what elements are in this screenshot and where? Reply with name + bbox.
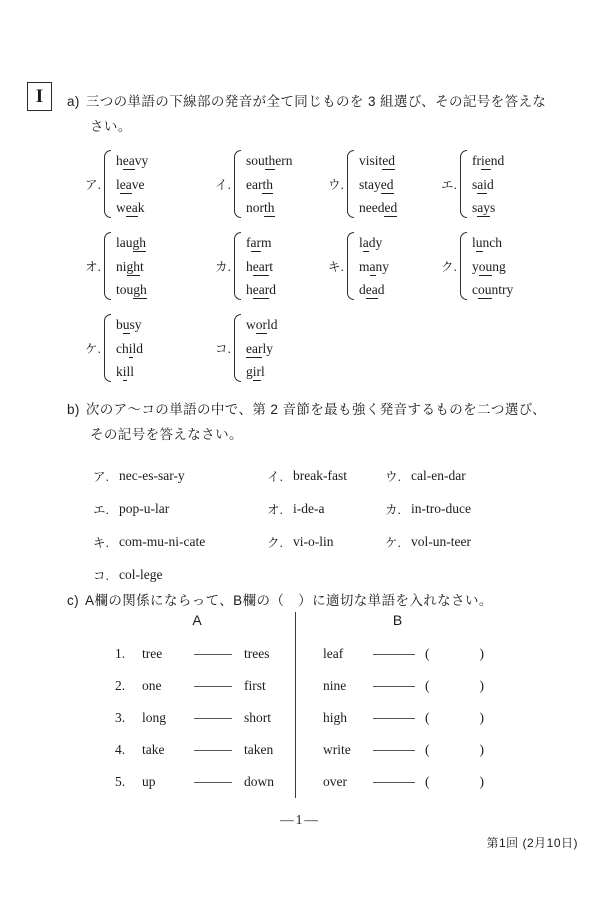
underlined-letters: ai <box>477 177 487 194</box>
left-brace-icon <box>234 314 241 382</box>
group-words: laughnighttough <box>116 231 147 301</box>
word-part: ni <box>116 259 127 274</box>
word: country <box>472 279 513 300</box>
row-number: 1. <box>115 646 142 662</box>
column-a-rows: 1.treetrees2.onefirst3.longshort4.taketa… <box>100 638 295 798</box>
word: many <box>359 256 389 277</box>
blank-open-paren: ( <box>425 710 430 726</box>
analogy-row-b: high() <box>296 702 500 734</box>
group-words: farmheartheard <box>246 231 276 301</box>
underlined-letters: gh <box>133 282 147 299</box>
underlined-letters: ea <box>120 177 132 194</box>
word-group-row: ケ.busychildkillコ.worldearlygirl <box>85 313 585 383</box>
analogy-column-b: B leaf()nine()high()write()over() <box>295 612 500 798</box>
group-label: イ. <box>215 175 234 193</box>
word-part: stay <box>359 177 381 192</box>
word: said <box>472 174 504 195</box>
word-left: take <box>142 742 194 758</box>
word-group-row: ア.heavyleaveweakイ.southernearthnorthウ.vi… <box>85 149 585 219</box>
dash-line <box>373 750 415 751</box>
underlined-letters: ea <box>366 282 378 299</box>
analogy-row-b: leaf() <box>296 638 500 670</box>
item-label: ケ. <box>385 533 405 551</box>
column-a-header: A <box>100 612 295 638</box>
word-part: need <box>359 200 384 215</box>
word-given: write <box>323 742 373 758</box>
word-given: over <box>323 774 373 790</box>
word-part: l <box>261 364 265 379</box>
underlined-letters: th <box>265 153 276 170</box>
item-word: cal-en-dar <box>411 468 466 484</box>
word-part: b <box>116 317 123 332</box>
word-part: ve <box>132 177 145 192</box>
dash-line <box>194 718 232 719</box>
word-left: one <box>142 678 194 694</box>
group-label: ケ. <box>85 339 104 357</box>
word-right: first <box>244 678 266 694</box>
section-number: I <box>36 86 43 108</box>
word: world <box>246 314 278 335</box>
dash-line <box>373 686 415 687</box>
word-part: vy <box>135 153 149 168</box>
word-part: ly <box>262 341 273 356</box>
item-label: カ. <box>385 500 405 518</box>
word-group: ケ.busychildkill <box>85 313 215 383</box>
word-left: up <box>142 774 194 790</box>
underlined-letters: ed <box>382 153 395 170</box>
word-part: m <box>261 235 272 250</box>
group-label: オ. <box>85 257 104 275</box>
underlined-letters: ou <box>479 259 493 276</box>
word-part: ny <box>376 259 390 274</box>
stress-word-item: ケ.vol-un-teer <box>385 525 563 558</box>
word: dead <box>359 279 389 300</box>
analogy-column-a: A 1.treetrees2.onefirst3.longshort4.take… <box>100 612 295 798</box>
underlined-letters: u <box>123 317 130 334</box>
analogy-row-a: 4.taketaken <box>100 734 295 766</box>
word-part: nor <box>246 200 264 215</box>
item-word: col-lege <box>119 567 162 583</box>
item-label: ア. <box>93 467 113 485</box>
word-part: t <box>269 259 273 274</box>
word: busy <box>116 314 143 335</box>
word-group: ウ.visitedstayedneeded <box>328 149 441 219</box>
group-label: ア. <box>85 175 104 193</box>
left-brace-icon <box>104 232 111 300</box>
analogy-row-a: 2.onefirst <box>100 670 295 702</box>
group-words: visitedstayedneeded <box>359 149 397 219</box>
word-part: visit <box>359 153 382 168</box>
item-label: ウ. <box>385 467 405 485</box>
blank-open-paren: ( <box>425 646 430 662</box>
word: needed <box>359 197 397 218</box>
word-part: h <box>246 282 253 297</box>
part-a-label: a) <box>67 94 80 109</box>
group-label: キ. <box>328 257 347 275</box>
pronunciation-groups: ア.heavyleaveweakイ.southernearthnorthウ.vi… <box>85 149 585 395</box>
word-part: lau <box>116 235 133 250</box>
dash-line <box>373 654 415 655</box>
word-group: イ.southernearthnorth <box>215 149 328 219</box>
word-part: d <box>269 282 276 297</box>
word: weak <box>116 197 148 218</box>
stress-word-item: ウ.cal-en-dar <box>385 459 563 492</box>
item-word: vi-o-lin <box>293 534 334 550</box>
underlined-letters: ear <box>253 259 269 276</box>
word-left: tree <box>142 646 194 662</box>
part-a-instruction: a)三つの単語の下線部の発音が全て同じものを 3 組選び、その記号を答えな さい… <box>67 89 577 139</box>
group-words: worldearlygirl <box>246 313 278 383</box>
word: heavy <box>116 150 148 171</box>
footer-session-note: 第1回 (2月10日) <box>486 834 578 851</box>
word-group: ア.heavyleaveweak <box>85 149 215 219</box>
blank-open-paren: ( <box>425 774 430 790</box>
word-group: キ.ladymanydead <box>328 231 441 301</box>
item-label: オ. <box>267 500 287 518</box>
blank-close-paren: ) <box>480 710 485 726</box>
stress-word-item: イ.break-fast <box>267 459 385 492</box>
underlined-letters: or <box>256 317 267 334</box>
underlined-letters: ir <box>253 364 261 381</box>
left-brace-icon <box>347 150 354 218</box>
word-part: k <box>138 200 145 215</box>
word-right: down <box>244 774 274 790</box>
word-right: short <box>244 710 271 726</box>
stress-word-item: カ.in-tro-duce <box>385 492 563 525</box>
group-label: コ. <box>215 339 234 357</box>
blank-close-paren: ) <box>480 646 485 662</box>
word-right: taken <box>244 742 273 758</box>
word-given: leaf <box>323 646 373 662</box>
part-c-instruction: c)A欄の関係にならって、B欄の（ ）に適切な単語を入れなさい。 <box>67 588 577 613</box>
stress-word-item: ク.vi-o-lin <box>267 525 385 558</box>
item-word: pop-u-lar <box>119 501 169 517</box>
word-part: d <box>487 177 494 192</box>
analogy-row-b: over() <box>296 766 500 798</box>
word-part: s <box>490 200 495 215</box>
item-word: vol-un-teer <box>411 534 471 550</box>
underlined-letters: ar <box>251 235 262 252</box>
part-b-instruction-line2: その記号を答えなさい。 <box>90 422 577 447</box>
word: earth <box>246 174 293 195</box>
word-group: ク.lunchyoungcountry <box>441 231 513 301</box>
word-given: nine <box>323 678 373 694</box>
underlined-letters: ie <box>481 153 491 170</box>
item-label: ク. <box>267 533 287 551</box>
word-part: m <box>359 259 370 274</box>
analogy-row-a: 5.updown <box>100 766 295 798</box>
item-label: イ. <box>267 467 287 485</box>
blank-open-paren: ( <box>425 678 430 694</box>
stress-word-item: エ.pop-u-lar <box>93 492 267 525</box>
dash-line <box>373 718 415 719</box>
group-label: ウ. <box>328 175 347 193</box>
word: north <box>246 197 293 218</box>
word-part: ng <box>492 259 506 274</box>
part-b-instruction-line1: 次のア～コの単語の中で、第 2 音節を最も強く発音するものを二つ選び、 <box>86 402 546 417</box>
underlined-letters: ea <box>126 200 138 217</box>
word: night <box>116 256 147 277</box>
underlined-letters: ear <box>246 341 262 358</box>
blank-close-paren: ) <box>480 678 485 694</box>
word-part: nd <box>491 153 505 168</box>
group-words: southernearthnorth <box>246 149 293 219</box>
word: child <box>116 338 143 359</box>
word-group: コ.worldearlygirl <box>215 313 328 383</box>
word-part: sy <box>130 317 142 332</box>
group-words: heavyleaveweak <box>116 149 148 219</box>
group-words: busychildkill <box>116 313 143 383</box>
word-group: カ.farmheartheard <box>215 231 328 301</box>
word-part: h <box>116 153 123 168</box>
word-part: w <box>116 200 126 215</box>
dash-line <box>194 750 232 751</box>
word-part: ern <box>275 153 292 168</box>
left-brace-icon <box>460 232 467 300</box>
stress-word-item: ア.nec-es-sar-y <box>93 459 267 492</box>
group-words: ladymanydead <box>359 231 389 301</box>
word: laugh <box>116 232 147 253</box>
word-part: w <box>246 317 256 332</box>
dash-line <box>194 782 232 783</box>
underlined-letters: ay <box>477 200 490 217</box>
dash-line <box>194 686 232 687</box>
word-part: d <box>359 282 366 297</box>
word-part: ntry <box>492 282 514 297</box>
word-right: trees <box>244 646 269 662</box>
row-number: 5. <box>115 774 142 790</box>
word-part: ear <box>246 177 262 192</box>
stress-word-item: オ.i-de-a <box>267 492 385 525</box>
word: girl <box>246 361 278 382</box>
underlined-letters: th <box>264 200 275 217</box>
left-brace-icon <box>104 314 111 382</box>
word: farm <box>246 232 276 253</box>
word-part: d <box>378 282 385 297</box>
word: kill <box>116 361 143 382</box>
word-part: ll <box>127 364 135 379</box>
part-c-label: c) <box>67 593 79 608</box>
group-words: friendsaidsays <box>472 149 504 219</box>
word: lunch <box>472 232 513 253</box>
word: heard <box>246 279 276 300</box>
underlined-letters: ea <box>123 153 135 170</box>
item-label: キ. <box>93 533 113 551</box>
left-brace-icon <box>460 150 467 218</box>
part-b-instruction: b)次のア～コの単語の中で、第 2 音節を最も強く発音するものを二つ選び、 その… <box>67 397 577 447</box>
word: friend <box>472 150 504 171</box>
group-words: lunchyoungcountry <box>472 231 513 301</box>
blank-close-paren: ) <box>480 774 485 790</box>
left-brace-icon <box>234 150 241 218</box>
word-group-row: オ.laughnighttoughカ.farmheartheardキ.ladym… <box>85 231 585 301</box>
word-given: high <box>323 710 373 726</box>
underlined-letters: gh <box>127 259 141 276</box>
blank-close-paren: ) <box>480 742 485 758</box>
underlined-letters: th <box>262 177 273 194</box>
word-part: nch <box>483 235 503 250</box>
row-number: 4. <box>115 742 142 758</box>
part-c-instruction-text: A欄の関係にならって、B欄の（ ）に適切な単語を入れなさい。 <box>85 593 493 608</box>
word-group: エ.friendsaidsays <box>441 149 504 219</box>
word-part: t <box>140 259 144 274</box>
exam-page: I a)三つの単語の下線部の発音が全て同じものを 3 組選び、その記号を答えな … <box>0 0 600 900</box>
item-word: i-de-a <box>293 501 324 517</box>
analogy-row-a: 1.treetrees <box>100 638 295 670</box>
part-a-instruction-line2: さい。 <box>90 114 577 139</box>
blank-open-paren: ( <box>425 742 430 758</box>
column-b-header: B <box>296 612 500 638</box>
word: lady <box>359 232 389 253</box>
group-label: ク. <box>441 257 460 275</box>
dash-line <box>194 654 232 655</box>
underlined-letters: gh <box>133 235 147 252</box>
word-part: y <box>472 259 479 274</box>
item-word: nec-es-sar-y <box>119 468 185 484</box>
analogy-row-a: 3.longshort <box>100 702 295 734</box>
word: early <box>246 338 278 359</box>
item-word: break-fast <box>293 468 347 484</box>
page-number: —1— <box>0 812 600 828</box>
underlined-letters: ou <box>478 282 492 299</box>
word: tough <box>116 279 147 300</box>
underlined-letters: ed <box>381 177 394 194</box>
part-a-instruction-line1: 三つの単語の下線部の発音が全て同じものを 3 組選び、その記号を答えな <box>86 94 546 109</box>
column-b-rows: leaf()nine()high()write()over() <box>296 638 500 798</box>
analogy-row-b: write() <box>296 734 500 766</box>
word-part: dy <box>369 235 383 250</box>
analogy-table: A 1.treetrees2.onefirst3.longshort4.take… <box>100 612 500 798</box>
word-part: ld <box>267 317 278 332</box>
underlined-letters: u <box>476 235 483 252</box>
word-group: オ.laughnighttough <box>85 231 215 301</box>
item-word: com-mu-ni-cate <box>119 534 205 550</box>
word-part: h <box>246 259 253 274</box>
left-brace-icon <box>347 232 354 300</box>
item-label: エ. <box>93 500 113 518</box>
word: leave <box>116 174 148 195</box>
left-brace-icon <box>234 232 241 300</box>
stress-word-item: キ.com-mu-ni-cate <box>93 525 267 558</box>
group-label: エ. <box>441 175 460 193</box>
word-part: sou <box>246 153 265 168</box>
item-label: コ. <box>93 566 113 584</box>
analogy-row-b: nine() <box>296 670 500 702</box>
word: visited <box>359 150 397 171</box>
part-b-label: b) <box>67 402 80 417</box>
row-number: 2. <box>115 678 142 694</box>
section-number-box: I <box>27 82 52 111</box>
word: stayed <box>359 174 397 195</box>
word: says <box>472 197 504 218</box>
word: young <box>472 256 513 277</box>
underlined-letters: ed <box>384 200 397 217</box>
group-label: カ. <box>215 257 234 275</box>
word-part: tou <box>116 282 133 297</box>
word: southern <box>246 150 293 171</box>
underlined-letters: ear <box>253 282 269 299</box>
dash-line <box>373 782 415 783</box>
stress-word-list: ア.nec-es-sar-yイ.break-fastウ.cal-en-darエ.… <box>93 459 563 591</box>
word-left: long <box>142 710 194 726</box>
row-number: 3. <box>115 710 142 726</box>
left-brace-icon <box>104 150 111 218</box>
word-part: g <box>246 364 253 379</box>
word-part: ch <box>116 341 129 356</box>
word-part: fr <box>472 153 481 168</box>
word-part: ld <box>133 341 144 356</box>
stress-word-item: コ.col-lege <box>93 558 267 591</box>
word: heart <box>246 256 276 277</box>
word-part: k <box>116 364 123 379</box>
item-word: in-tro-duce <box>411 501 471 517</box>
